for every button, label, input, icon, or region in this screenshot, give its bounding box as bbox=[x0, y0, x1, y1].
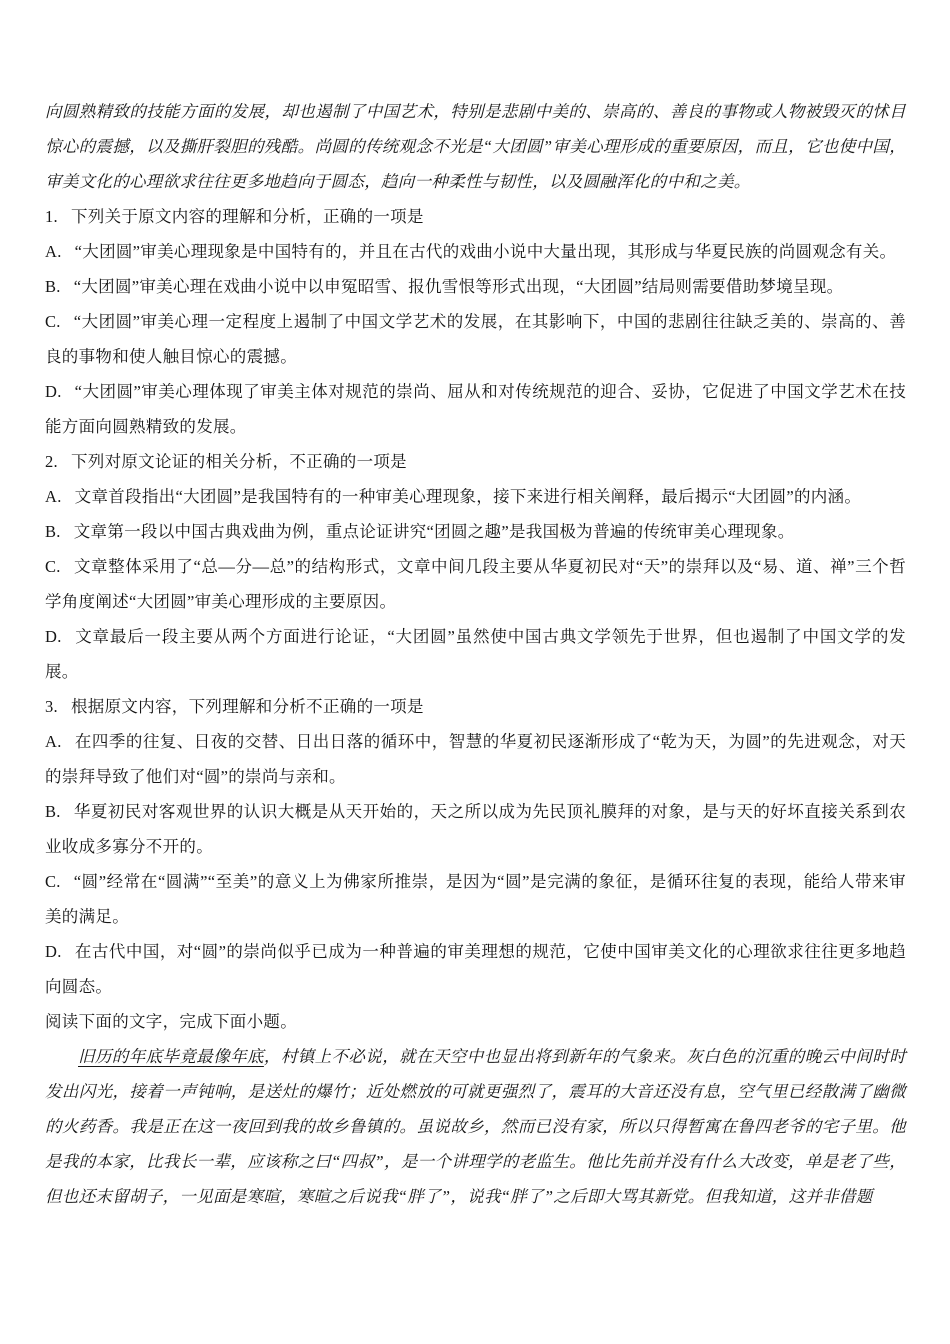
question-1-option-c: C.“大团圆”审美心理一定程度上遏制了中国文学艺术的发展，在其影响下，中国的悲剧… bbox=[45, 304, 906, 374]
question-2-option-a: A.文章首段指出“大团圆”是我国特有的一种审美心理现象，接下来进行相关阐释，最后… bbox=[45, 479, 906, 514]
option-text: 华夏初民对客观世界的认识大概是从天开始的，天之所以成为先民顶礼膜拜的对象，是与天… bbox=[45, 802, 906, 856]
option-label-a: A. bbox=[45, 479, 62, 514]
option-label-c: C. bbox=[45, 304, 61, 339]
question-2-option-b: B.文章第一段以中国古典戏曲为例，重点论证讲究“团圆之趣”是我国极为普遍的传统审… bbox=[45, 514, 906, 549]
question-3-option-d: D.在古代中国，对“圆”的崇尚似乎已成为一种普遍的审美理想的规范，它使中国审美文… bbox=[45, 934, 906, 1004]
question-2-stem-text: 下列对原文论证的相关分析，不正确的一项是 bbox=[71, 452, 407, 471]
question-3-number: 3. bbox=[45, 689, 58, 724]
question-1-stem: 1.下列关于原文内容的理解和分析，正确的一项是 bbox=[45, 199, 906, 234]
question-1: 1.下列关于原文内容的理解和分析，正确的一项是 A.“大团圆”审美心理现象是中国… bbox=[45, 199, 906, 444]
option-text: 文章最后一段主要从两个方面进行论证，“大团圆”虽然使中国古典文学领先于世界，但也… bbox=[45, 627, 906, 681]
option-label-d: D. bbox=[45, 619, 62, 654]
passage-underlined-lead: 旧历的年底毕竟最像年底 bbox=[78, 1047, 264, 1066]
option-text: 在四季的往复、日夜的交替、日出日落的循环中，智慧的华夏初民逐渐形成了“乾为天，为… bbox=[45, 732, 906, 786]
question-2: 2.下列对原文论证的相关分析，不正确的一项是 A.文章首段指出“大团圆”是我国特… bbox=[45, 444, 906, 689]
option-text: 文章整体采用了“总—分—总”的结构形式，文章中间几段主要从华夏初民对“天”的崇拜… bbox=[45, 557, 906, 611]
question-3-option-a: A.在四季的往复、日夜的交替、日出日落的循环中，智慧的华夏初民逐渐形成了“乾为天… bbox=[45, 724, 906, 794]
intro-continuation-paragraph: 向圆熟精致的技能方面的发展，却也遏制了中国艺术，特别是悲剧中美的、崇高的、善良的… bbox=[45, 94, 906, 199]
question-1-option-d: D.“大团圆”审美心理体现了审美主体对规范的崇尚、屈从和对传统规范的迎合、妥协，… bbox=[45, 374, 906, 444]
option-text: 文章第一段以中国古典戏曲为例，重点论证讲究“团圆之趣”是我国极为普遍的传统审美心… bbox=[74, 522, 795, 541]
option-label-b: B. bbox=[45, 794, 61, 829]
reading-instruction: 阅读下面的文字，完成下面小题。 bbox=[45, 1004, 906, 1039]
question-3-stem-text: 根据原文内容，下列理解和分析不正确的一项是 bbox=[71, 697, 424, 716]
option-label-d: D. bbox=[45, 374, 62, 409]
option-text: 在古代中国，对“圆”的崇尚似乎已成为一种普遍的审美理想的规范，它使中国审美文化的… bbox=[45, 942, 906, 996]
option-text: “大团圆”审美心理现象是中国特有的，并且在古代的戏曲小说中大量出现，其形成与华夏… bbox=[75, 242, 897, 261]
option-text: 文章首段指出“大团圆”是我国特有的一种审美心理现象，接下来进行相关阐释，最后揭示… bbox=[75, 487, 862, 506]
question-2-option-d: D.文章最后一段主要从两个方面进行论证，“大团圆”虽然使中国古典文学领先于世界，… bbox=[45, 619, 906, 689]
option-text: “大团圆”审美心理一定程度上遏制了中国文学艺术的发展，在其影响下，中国的悲剧往往… bbox=[45, 312, 906, 366]
option-text: “大团圆”审美心理在戏曲小说中以申冤昭雪、报仇雪恨等形式出现，“大团圆”结局则需… bbox=[74, 277, 844, 296]
question-1-option-a: A.“大团圆”审美心理现象是中国特有的，并且在古代的戏曲小说中大量出现，其形成与… bbox=[45, 234, 906, 269]
option-label-a: A. bbox=[45, 724, 62, 759]
option-label-a: A. bbox=[45, 234, 62, 269]
option-text: “大团圆”审美心理体现了审美主体对规范的崇尚、屈从和对传统规范的迎合、妥协，它促… bbox=[45, 382, 906, 436]
question-2-stem: 2.下列对原文论证的相关分析，不正确的一项是 bbox=[45, 444, 906, 479]
exam-document-page: 向圆熟精致的技能方面的发展，却也遏制了中国艺术，特别是悲剧中美的、崇高的、善良的… bbox=[0, 0, 950, 1344]
question-1-number: 1. bbox=[45, 199, 58, 234]
question-2-number: 2. bbox=[45, 444, 58, 479]
reading-passage: 旧历的年底毕竟最像年底，村镇上不必说，就在天空中也显出将到新年的气象来。灰白色的… bbox=[45, 1039, 906, 1214]
option-label-b: B. bbox=[45, 269, 61, 304]
option-text: “圆”经常在“圆满”“至美”的意义上为佛家所推崇，是因为“圆”是完满的象征，是循… bbox=[45, 872, 906, 926]
option-label-c: C. bbox=[45, 549, 61, 584]
question-1-stem-text: 下列关于原文内容的理解和分析，正确的一项是 bbox=[71, 207, 424, 226]
option-label-b: B. bbox=[45, 514, 61, 549]
question-1-option-b: B.“大团圆”审美心理在戏曲小说中以申冤昭雪、报仇雪恨等形式出现，“大团圆”结局… bbox=[45, 269, 906, 304]
option-label-d: D. bbox=[45, 934, 62, 969]
option-label-c: C. bbox=[45, 864, 61, 899]
question-3-option-c: C.“圆”经常在“圆满”“至美”的意义上为佛家所推崇，是因为“圆”是完满的象征，… bbox=[45, 864, 906, 934]
question-2-option-c: C.文章整体采用了“总—分—总”的结构形式，文章中间几段主要从华夏初民对“天”的… bbox=[45, 549, 906, 619]
question-3-option-b: B.华夏初民对客观世界的认识大概是从天开始的，天之所以成为先民顶礼膜拜的对象，是… bbox=[45, 794, 906, 864]
question-3: 3.根据原文内容，下列理解和分析不正确的一项是 A.在四季的往复、日夜的交替、日… bbox=[45, 689, 906, 1004]
question-3-stem: 3.根据原文内容，下列理解和分析不正确的一项是 bbox=[45, 689, 906, 724]
passage-body-text: ，村镇上不必说，就在天空中也显出将到新年的气象来。灰白色的沉重的晚云中间时时发出… bbox=[45, 1047, 906, 1206]
